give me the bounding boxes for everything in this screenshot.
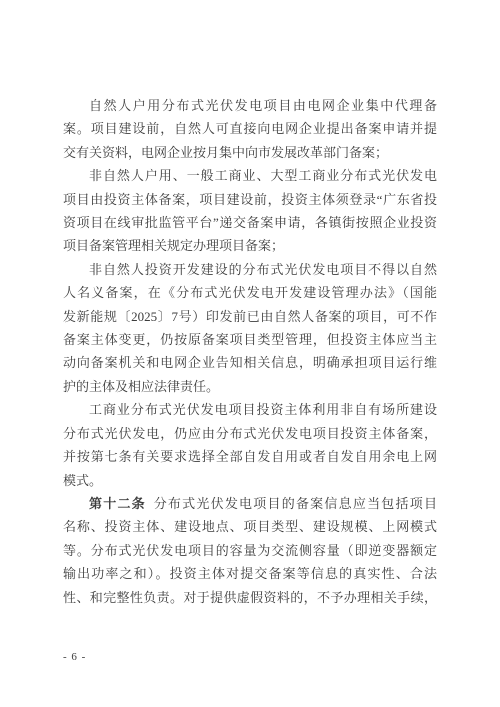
- text-line: 交有关资料，电网企业按月集中向市发展改革部门备案；: [63, 141, 437, 164]
- document-body: 自然人户用分布式光伏发电项目由电网企业集中代理备 案。项目建设前，自然人可直接向…: [63, 94, 437, 609]
- scanned-document-page: 自然人户用分布式光伏发电项目由电网企业集中代理备 案。项目建设前，自然人可直接向…: [0, 0, 500, 707]
- text-line: 非自然人户用、一般工商业、大型工商业分布式光伏发电: [63, 164, 437, 187]
- text-line: 性、和完整性负责。对于提供虚假资料的，不予办理相关手续，: [63, 586, 437, 609]
- page-number: - 6 -: [63, 651, 86, 663]
- text-line: 名称、投资主体、建设地点、项目类型、建设规模、上网模式: [63, 515, 437, 538]
- text-line: 人名义备案，在《分布式光伏发电开发建设管理办法》（国能: [63, 281, 437, 304]
- text-line: 并按第七条有关要求选择全部自发自用或者自发自用余电上网: [63, 445, 437, 468]
- text-line: 项目由投资主体备案，项目建设前，投资主体须登录“广东省投: [63, 188, 437, 211]
- text-line: 自然人户用分布式光伏发电项目由电网企业集中代理备: [63, 94, 437, 117]
- text-line: 备案主体变更，仍按原备案项目类型管理，但投资主体应当主: [63, 328, 437, 351]
- text-line: 分布式光伏发电，仍应由分布式光伏发电项目投资主体备案，: [63, 422, 437, 445]
- text-line: 输出功率之和）。投资主体对提交备案等信息的真实性、合法: [63, 562, 437, 585]
- text-line: 项目备案管理相关规定办理项目备案；: [63, 234, 437, 257]
- text-line: 非自然人投资开发建设的分布式光伏发电项目不得以自然: [63, 258, 437, 281]
- text-line: 资项目在线审批监管平台”递交备案申请，各镇街按照企业投资: [63, 211, 437, 234]
- text-line: 案。项目建设前，自然人可直接向电网企业提出备案申请并提: [63, 117, 437, 140]
- text-line: 等。分布式光伏发电项目的容量为交流侧容量（即逆变器额定: [63, 539, 437, 562]
- article-first-line: 分布式光伏发电项目的备案信息应当包括项目: [154, 496, 437, 511]
- text-line: 发新能规〔2025〕7号）印发前已由自然人备案的项目，可不作: [63, 305, 437, 328]
- text-line: 模式。: [63, 469, 437, 492]
- text-line: 动向备案机关和电网企业告知相关信息，明确承担项目运行维: [63, 351, 437, 374]
- text-line: 工商业分布式光伏发电项目投资主体利用非自有场所建设: [63, 398, 437, 421]
- article-number-heading: 第十二条: [89, 496, 146, 511]
- text-line: 第十二条分布式光伏发电项目的备案信息应当包括项目: [63, 492, 437, 515]
- text-line: 护的主体及相应法律责任。: [63, 375, 437, 398]
